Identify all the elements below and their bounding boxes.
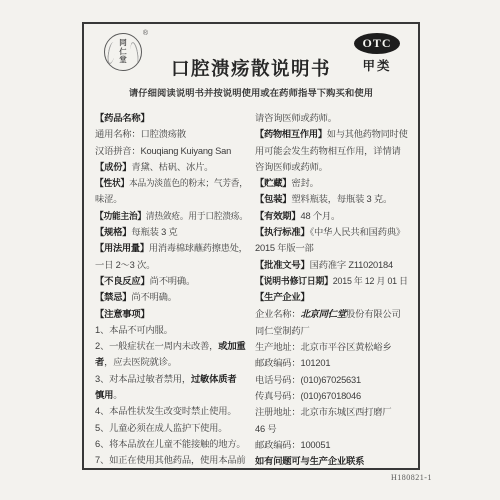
text-line: 6、将本品放在儿童不能接触的地方。 — [95, 436, 248, 452]
text-line: 【药品名称】 — [95, 110, 248, 126]
text-line: 【功能主治】清热敛疮。用于口腔溃疡。 — [95, 208, 238, 224]
text-line: 【禁忌】尚不明确。 — [95, 289, 248, 305]
text-line: 味涩。 — [95, 191, 248, 207]
text-line: 咨询医师或药师。 — [255, 159, 408, 175]
text-line: 慎用。 — [95, 387, 248, 403]
text-line: 汉语拼音：Kouqiang Kuiyang San — [95, 143, 248, 159]
text-line: 【批准文号】国药准字 Z11020184 — [255, 257, 408, 273]
text-line: 如有问题可与生产企业联系 — [255, 453, 408, 469]
text-line: 用可能会发生药物相互作用，详情请 — [255, 143, 408, 159]
text-line: 【性状】本品为淡蓝色的粉末；气芳香， — [95, 175, 238, 191]
registered-trademark-icon: ® — [143, 30, 148, 37]
text-line: 3、对本品过敏者禁用，过敏体质者 — [95, 371, 248, 387]
text-line: 【不良反应】尚不明确。 — [95, 273, 248, 289]
leaflet-scan: { "colors":{ "paper":"#f3f2ee", "ink":"#… — [0, 0, 500, 500]
text-line: 请咨询医师或药师。 — [255, 110, 408, 126]
text-line: 7、如正在使用其他药品，使用本品前 — [95, 452, 248, 468]
text-line: 2、一般症状在一周内未改善，或加重 — [95, 338, 248, 354]
text-line: 【药物相互作用】如与其他药物同时使 — [255, 126, 406, 142]
text-line: 【生产企业】 — [255, 289, 408, 305]
left-column: 【药品名称】通用名称：口腔溃疡散汉语拼音：Kouqiang Kuiyang Sa… — [95, 110, 248, 464]
text-line: 【注意事项】 — [95, 306, 248, 322]
text-line: 4、本品性状发生改变时禁止使用。 — [95, 403, 248, 419]
text-line: 【用法用量】用消毒棉球蘸药擦患处， — [95, 240, 246, 256]
text-line: 邮政编码：101201 — [255, 355, 408, 371]
text-line: 通用名称：口腔溃疡散 — [95, 126, 248, 142]
otc-badge: OTC 甲类 — [353, 33, 401, 74]
text-line: 邮政编码：100051 — [255, 437, 408, 453]
text-line: 注册地址：北京市东城区西打磨厂 — [255, 404, 408, 420]
text-line: 者，应去医院就诊。 — [95, 354, 248, 370]
text-line: 【有效期】48 个月。 — [255, 208, 408, 224]
text-line: 同仁堂制药厂 — [255, 323, 408, 339]
text-line: 【贮藏】密封。 — [255, 175, 408, 191]
text-line: 生产地址：北京市平谷区黄松峪乡 — [255, 339, 408, 355]
usage-notice: 请仔细阅读说明书并按说明使用或在药师指导下购买和使用 — [84, 85, 418, 99]
text-line: 电话号码：(010)67025631 — [255, 372, 408, 388]
text-line: 一日 2～3 次。 — [95, 257, 248, 273]
text-line: 5、儿童必须在成人监护下使用。 — [95, 420, 248, 436]
right-column: 请咨询医师或药师。【药物相互作用】如与其他药物同时使用可能会发生药物相互作用，详… — [255, 110, 408, 464]
otc-class-label: 甲类 — [353, 56, 401, 74]
text-line: 【成份】青黛、枯矾、冰片。 — [95, 159, 248, 175]
text-line: 【说明书修订日期】2015 年 12 月 01 日 — [255, 273, 400, 289]
text-line: 1、本品不可内服。 — [95, 322, 248, 338]
text-line: 【包装】塑料瓶装，每瓶装 3 克。 — [255, 191, 408, 207]
leaflet-border: 同 仁 堂 ® 口腔溃疡散说明书 OTC 甲类 请仔细阅读说明书并按说明使用或在… — [82, 22, 420, 470]
text-line: 2015 年版一部 — [255, 240, 408, 256]
text-line: 【执行标准】《中华人民共和国药典》 — [255, 224, 408, 240]
otc-oval-icon: OTC — [354, 33, 400, 54]
text-line: 企业名称：北京同仁堂股份有限公司 — [255, 306, 408, 323]
text-line: 46 号 — [255, 421, 408, 437]
text-line: 【规格】每瓶装 3 克 — [95, 224, 248, 240]
print-code: H180821-1 — [391, 473, 432, 482]
text-line: 传真号码：(010)67018046 — [255, 388, 408, 404]
leaflet-body: 【药品名称】通用名称：口腔溃疡散汉语拼音：Kouqiang Kuiyang Sa… — [95, 110, 408, 464]
